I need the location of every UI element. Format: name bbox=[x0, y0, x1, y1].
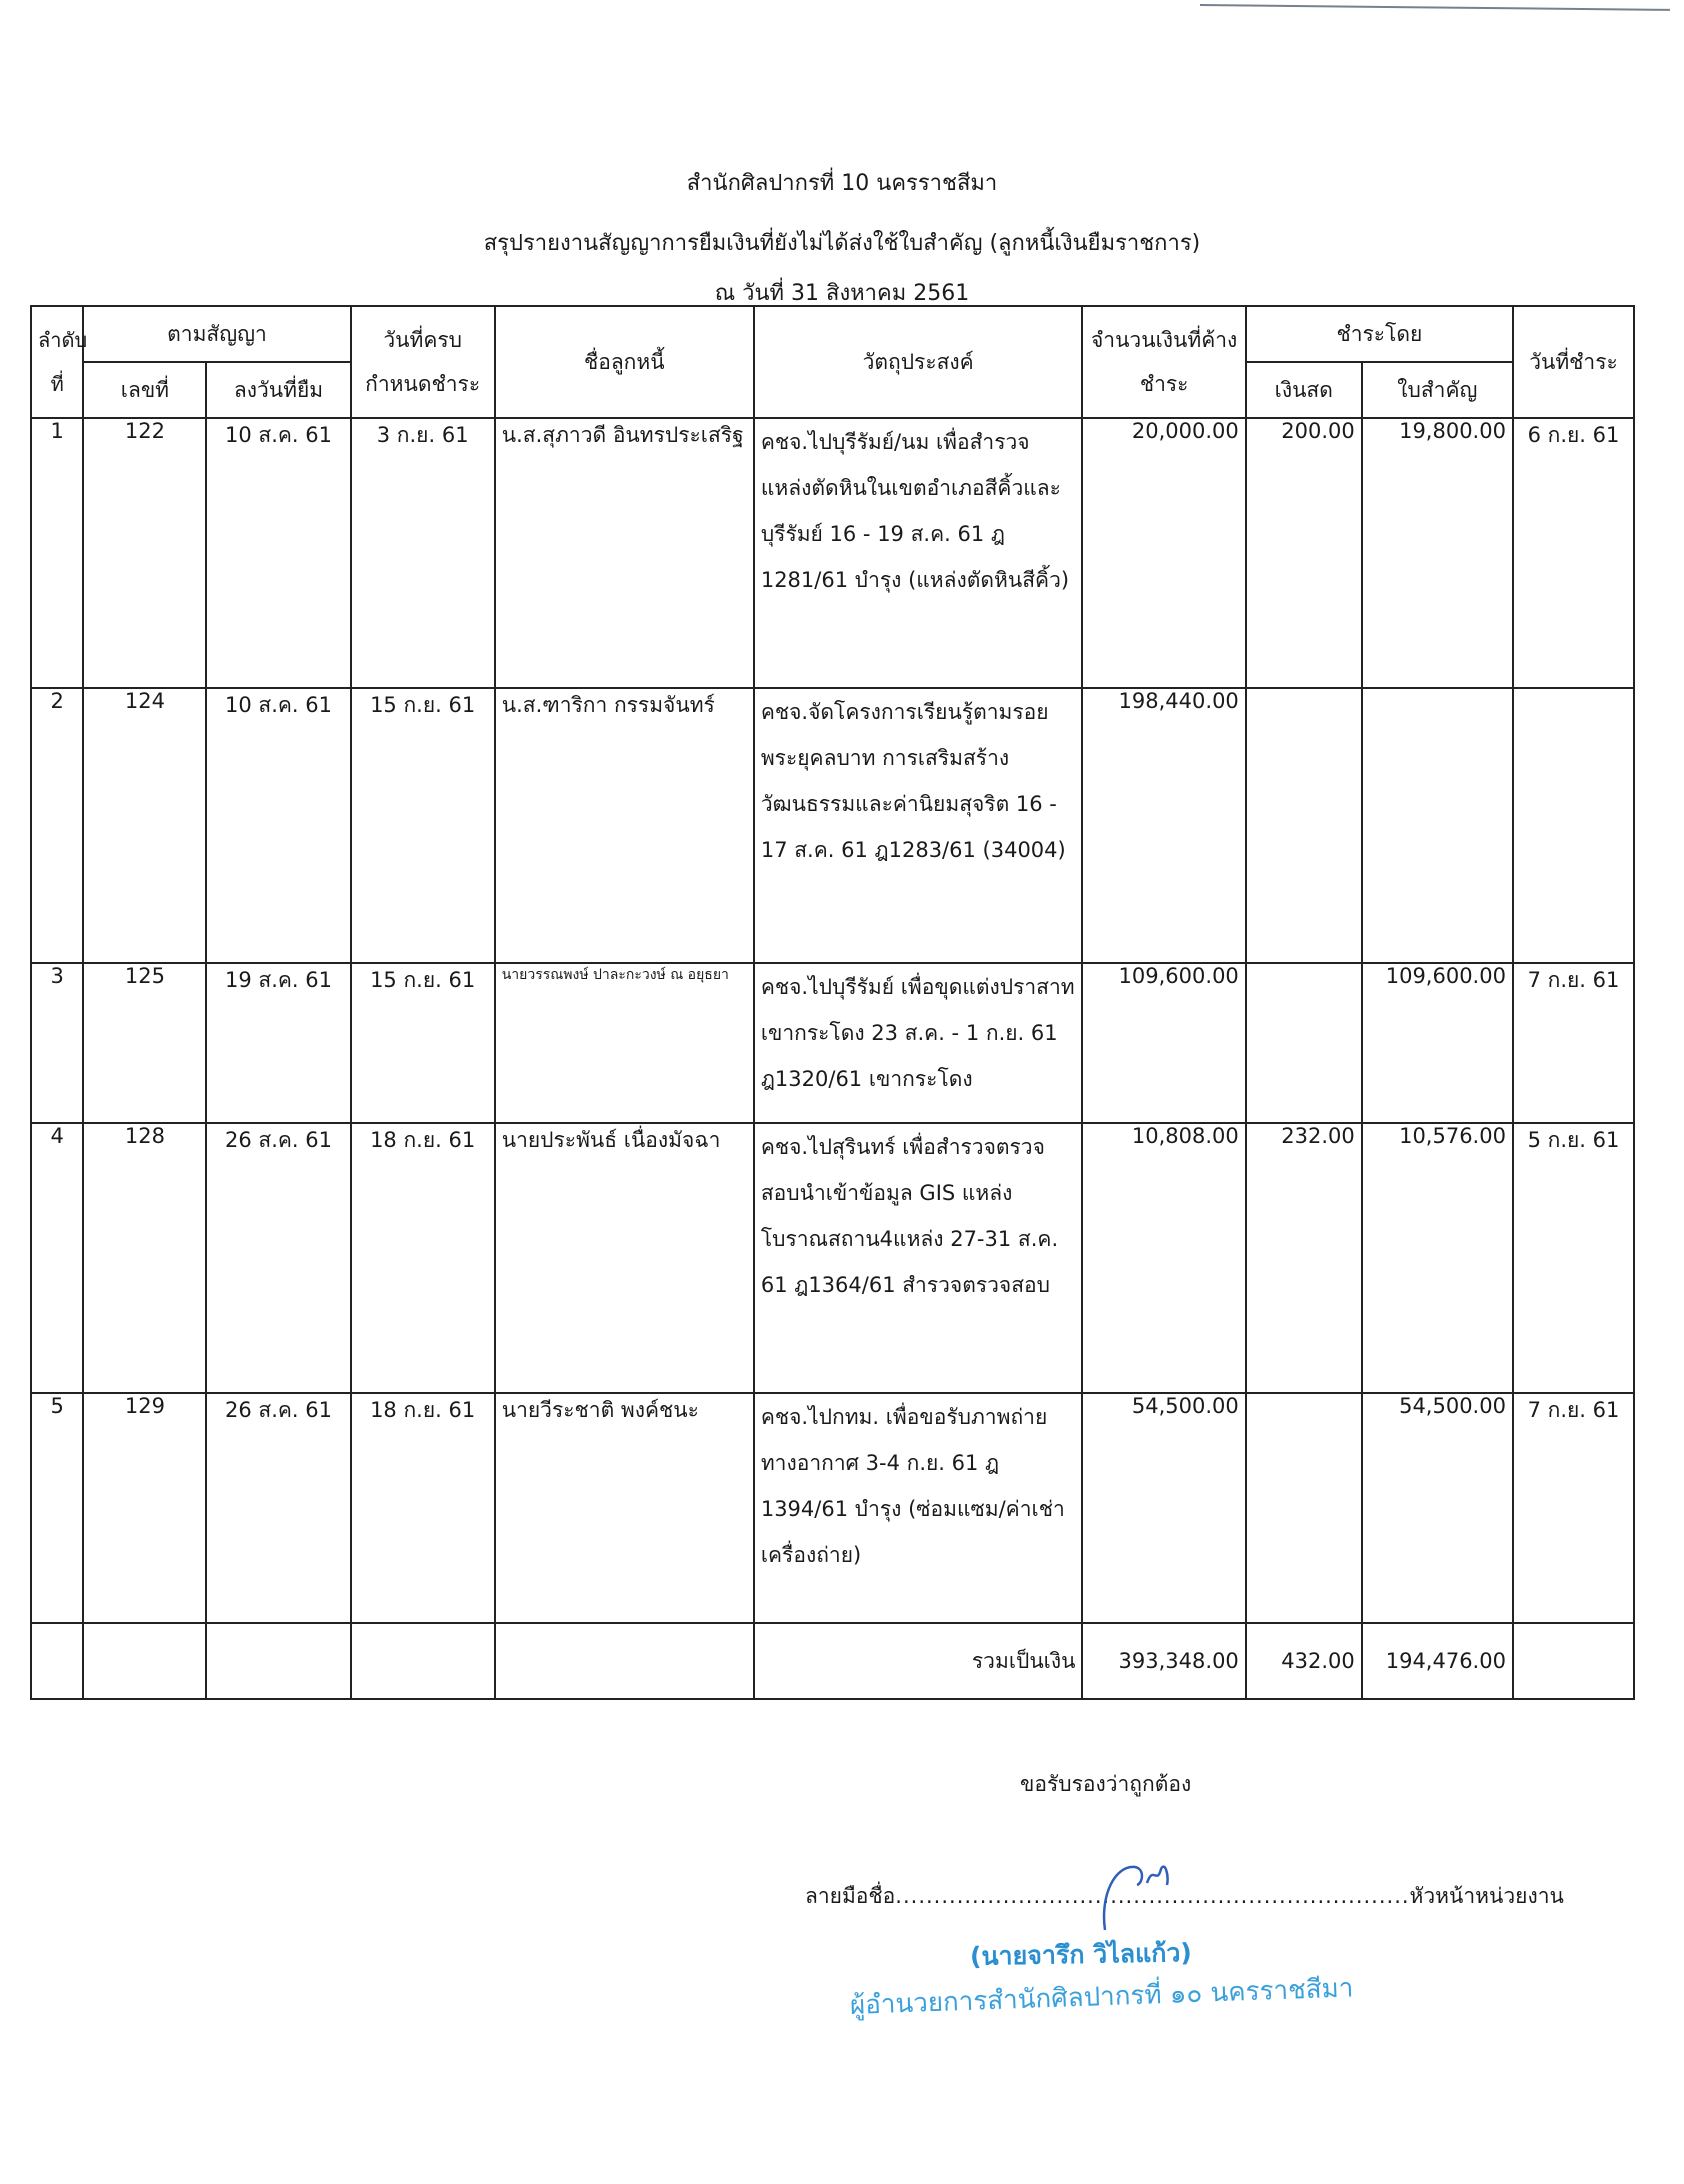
table-row: 212410 ส.ค. 6115 ก.ย. 61น.ส.ฑาริกา กรรมจ… bbox=[31, 688, 1634, 963]
total-outstanding: 393,348.00 bbox=[1082, 1623, 1245, 1699]
total-empty-cell bbox=[31, 1623, 83, 1699]
purpose-cell: คชจ.ไปบุรีรัมย์/นม เพื่อสำรวจแหล่งตัดหิน… bbox=[754, 418, 1083, 688]
debtor-cell: น.ส.สุภาวดี อินทรประเสริฐ bbox=[495, 418, 754, 688]
due-date-cell: 18 ก.ย. 61 bbox=[351, 1123, 495, 1393]
header-contract-no: เลขที่ bbox=[83, 362, 206, 418]
table-row: 412826 ส.ค. 6118 ก.ย. 61นายประพันธ์ เนื่… bbox=[31, 1123, 1634, 1393]
contract-date-cell: 19 ส.ค. 61 bbox=[206, 963, 350, 1123]
seq-cell: 2 bbox=[31, 688, 83, 963]
header-paid-date: วันที่ชำระ bbox=[1513, 306, 1634, 418]
cash-cell bbox=[1246, 688, 1362, 963]
receipt-cell bbox=[1362, 688, 1513, 963]
contract-date-cell: 10 ส.ค. 61 bbox=[206, 418, 350, 688]
header-outstanding: จำนวนเงินที่ค้างชำระ bbox=[1082, 306, 1245, 418]
due-date-cell: 15 ก.ย. 61 bbox=[351, 688, 495, 963]
cash-cell: 200.00 bbox=[1246, 418, 1362, 688]
receipt-cell: 10,576.00 bbox=[1362, 1123, 1513, 1393]
due-date-cell: 18 ก.ย. 61 bbox=[351, 1393, 495, 1623]
contract-no-cell: 122 bbox=[83, 418, 206, 688]
cash-cell: 232.00 bbox=[1246, 1123, 1362, 1393]
position-label: หัวหน้าหน่วยงาน bbox=[1410, 1884, 1564, 1908]
total-cash: 432.00 bbox=[1246, 1623, 1362, 1699]
total-empty-cell bbox=[83, 1623, 206, 1699]
contract-date-cell: 26 ส.ค. 61 bbox=[206, 1123, 350, 1393]
header-row-1: ลำดับที่ ตามสัญญา วันที่ครบกำหนดชำระ ชื่… bbox=[31, 306, 1634, 362]
header-contract-group: ตามสัญญา bbox=[83, 306, 350, 362]
report-title: สรุปรายงานสัญญาการยืมเงินที่ยังไม่ได้ส่ง… bbox=[0, 225, 1684, 260]
outstanding-cell: 20,000.00 bbox=[1082, 418, 1245, 688]
header-debtor: ชื่อลูกหนี้ bbox=[495, 306, 754, 418]
signer-title: ผู้อำนวยการสำนักศิลปากรที่ ๑๐ นครราชสีมา bbox=[849, 1967, 1354, 2026]
contract-no-cell: 125 bbox=[83, 963, 206, 1123]
contract-date-cell: 26 ส.ค. 61 bbox=[206, 1393, 350, 1623]
header-paid-by-group: ชำระโดย bbox=[1246, 306, 1513, 362]
outstanding-cell: 54,500.00 bbox=[1082, 1393, 1245, 1623]
seq-cell: 3 bbox=[31, 963, 83, 1123]
total-receipt: 194,476.00 bbox=[1362, 1623, 1513, 1699]
header-seq: ลำดับที่ bbox=[31, 306, 83, 418]
table-row: 112210 ส.ค. 613 ก.ย. 61น.ส.สุภาวดี อินทร… bbox=[31, 418, 1634, 688]
seq-cell: 5 bbox=[31, 1393, 83, 1623]
debtor-cell: นายวรรณพงษ์ ปาละกะวงษ์ ณ อยุธยา bbox=[495, 963, 754, 1123]
total-empty-cell bbox=[351, 1623, 495, 1699]
contract-no-cell: 128 bbox=[83, 1123, 206, 1393]
header-contract-date: ลงวันที่ยืม bbox=[206, 362, 350, 418]
office-title: สำนักศิลปากรที่ 10 นครราชสีมา bbox=[0, 165, 1684, 200]
header-purpose: วัตถุประสงค์ bbox=[754, 306, 1083, 418]
total-empty-cell bbox=[495, 1623, 754, 1699]
table-row: 312519 ส.ค. 6115 ก.ย. 61นายวรรณพงษ์ ปาละ… bbox=[31, 963, 1634, 1123]
contract-date-cell: 10 ส.ค. 61 bbox=[206, 688, 350, 963]
seq-cell: 1 bbox=[31, 418, 83, 688]
due-date-cell: 3 ก.ย. 61 bbox=[351, 418, 495, 688]
certification-text: ขอรับรองว่าถูกต้อง bbox=[1020, 1768, 1191, 1801]
paid-date-cell: 5 ก.ย. 61 bbox=[1513, 1123, 1634, 1393]
debtor-cell: นายประพันธ์ เนื่องมัจฉา bbox=[495, 1123, 754, 1393]
total-label: รวมเป็นเงิน bbox=[754, 1623, 1083, 1699]
signer-name: (นายจารึก วิไลแก้ว) bbox=[970, 1933, 1192, 1977]
purpose-cell: คชจ.ไปสุรินทร์ เพื่อสำรวจตรวจสอบนำเข้าข้… bbox=[754, 1123, 1083, 1393]
handwritten-signature-icon bbox=[1095, 1855, 1185, 1935]
signature-label: ลายมือชื่อ bbox=[805, 1884, 895, 1908]
header-receipt: ใบสำคัญ bbox=[1362, 362, 1513, 418]
outstanding-cell: 109,600.00 bbox=[1082, 963, 1245, 1123]
debtor-cell: น.ส.ฑาริกา กรรมจันทร์ bbox=[495, 688, 754, 963]
outstanding-cell: 198,440.00 bbox=[1082, 688, 1245, 963]
seq-cell: 4 bbox=[31, 1123, 83, 1393]
contract-no-cell: 129 bbox=[83, 1393, 206, 1623]
due-date-cell: 15 ก.ย. 61 bbox=[351, 963, 495, 1123]
total-row: รวมเป็นเงิน 393,348.00 432.00 194,476.00 bbox=[31, 1623, 1634, 1699]
loan-report-table: ลำดับที่ ตามสัญญา วันที่ครบกำหนดชำระ ชื่… bbox=[30, 305, 1635, 1700]
paid-date-cell: 6 ก.ย. 61 bbox=[1513, 418, 1634, 688]
header-due-date: วันที่ครบกำหนดชำระ bbox=[351, 306, 495, 418]
debtor-cell: นายวีระชาติ พงค์ชนะ bbox=[495, 1393, 754, 1623]
receipt-cell: 19,800.00 bbox=[1362, 418, 1513, 688]
total-empty-cell bbox=[1513, 1623, 1634, 1699]
purpose-cell: คชจ.จัดโครงการเรียนรู้ตามรอยพระยุคลบาท ก… bbox=[754, 688, 1083, 963]
paid-date-cell: 7 ก.ย. 61 bbox=[1513, 1393, 1634, 1623]
purpose-cell: คชจ.ไปบุรีรัมย์ เพื่อขุดแต่งปราสาทเขากระ… bbox=[754, 963, 1083, 1123]
outstanding-cell: 10,808.00 bbox=[1082, 1123, 1245, 1393]
contract-no-cell: 124 bbox=[83, 688, 206, 963]
receipt-cell: 54,500.00 bbox=[1362, 1393, 1513, 1623]
scan-edge-line bbox=[1200, 4, 1670, 11]
receipt-cell: 109,600.00 bbox=[1362, 963, 1513, 1123]
table-row: 512926 ส.ค. 6118 ก.ย. 61นายวีระชาติ พงค์… bbox=[31, 1393, 1634, 1623]
total-empty-cell bbox=[206, 1623, 350, 1699]
purpose-cell: คชจ.ไปกทม. เพื่อขอรับภาพถ่ายทางอากาศ 3-4… bbox=[754, 1393, 1083, 1623]
cash-cell bbox=[1246, 963, 1362, 1123]
paid-date-cell bbox=[1513, 688, 1634, 963]
cash-cell bbox=[1246, 1393, 1362, 1623]
header-cash: เงินสด bbox=[1246, 362, 1362, 418]
paid-date-cell: 7 ก.ย. 61 bbox=[1513, 963, 1634, 1123]
